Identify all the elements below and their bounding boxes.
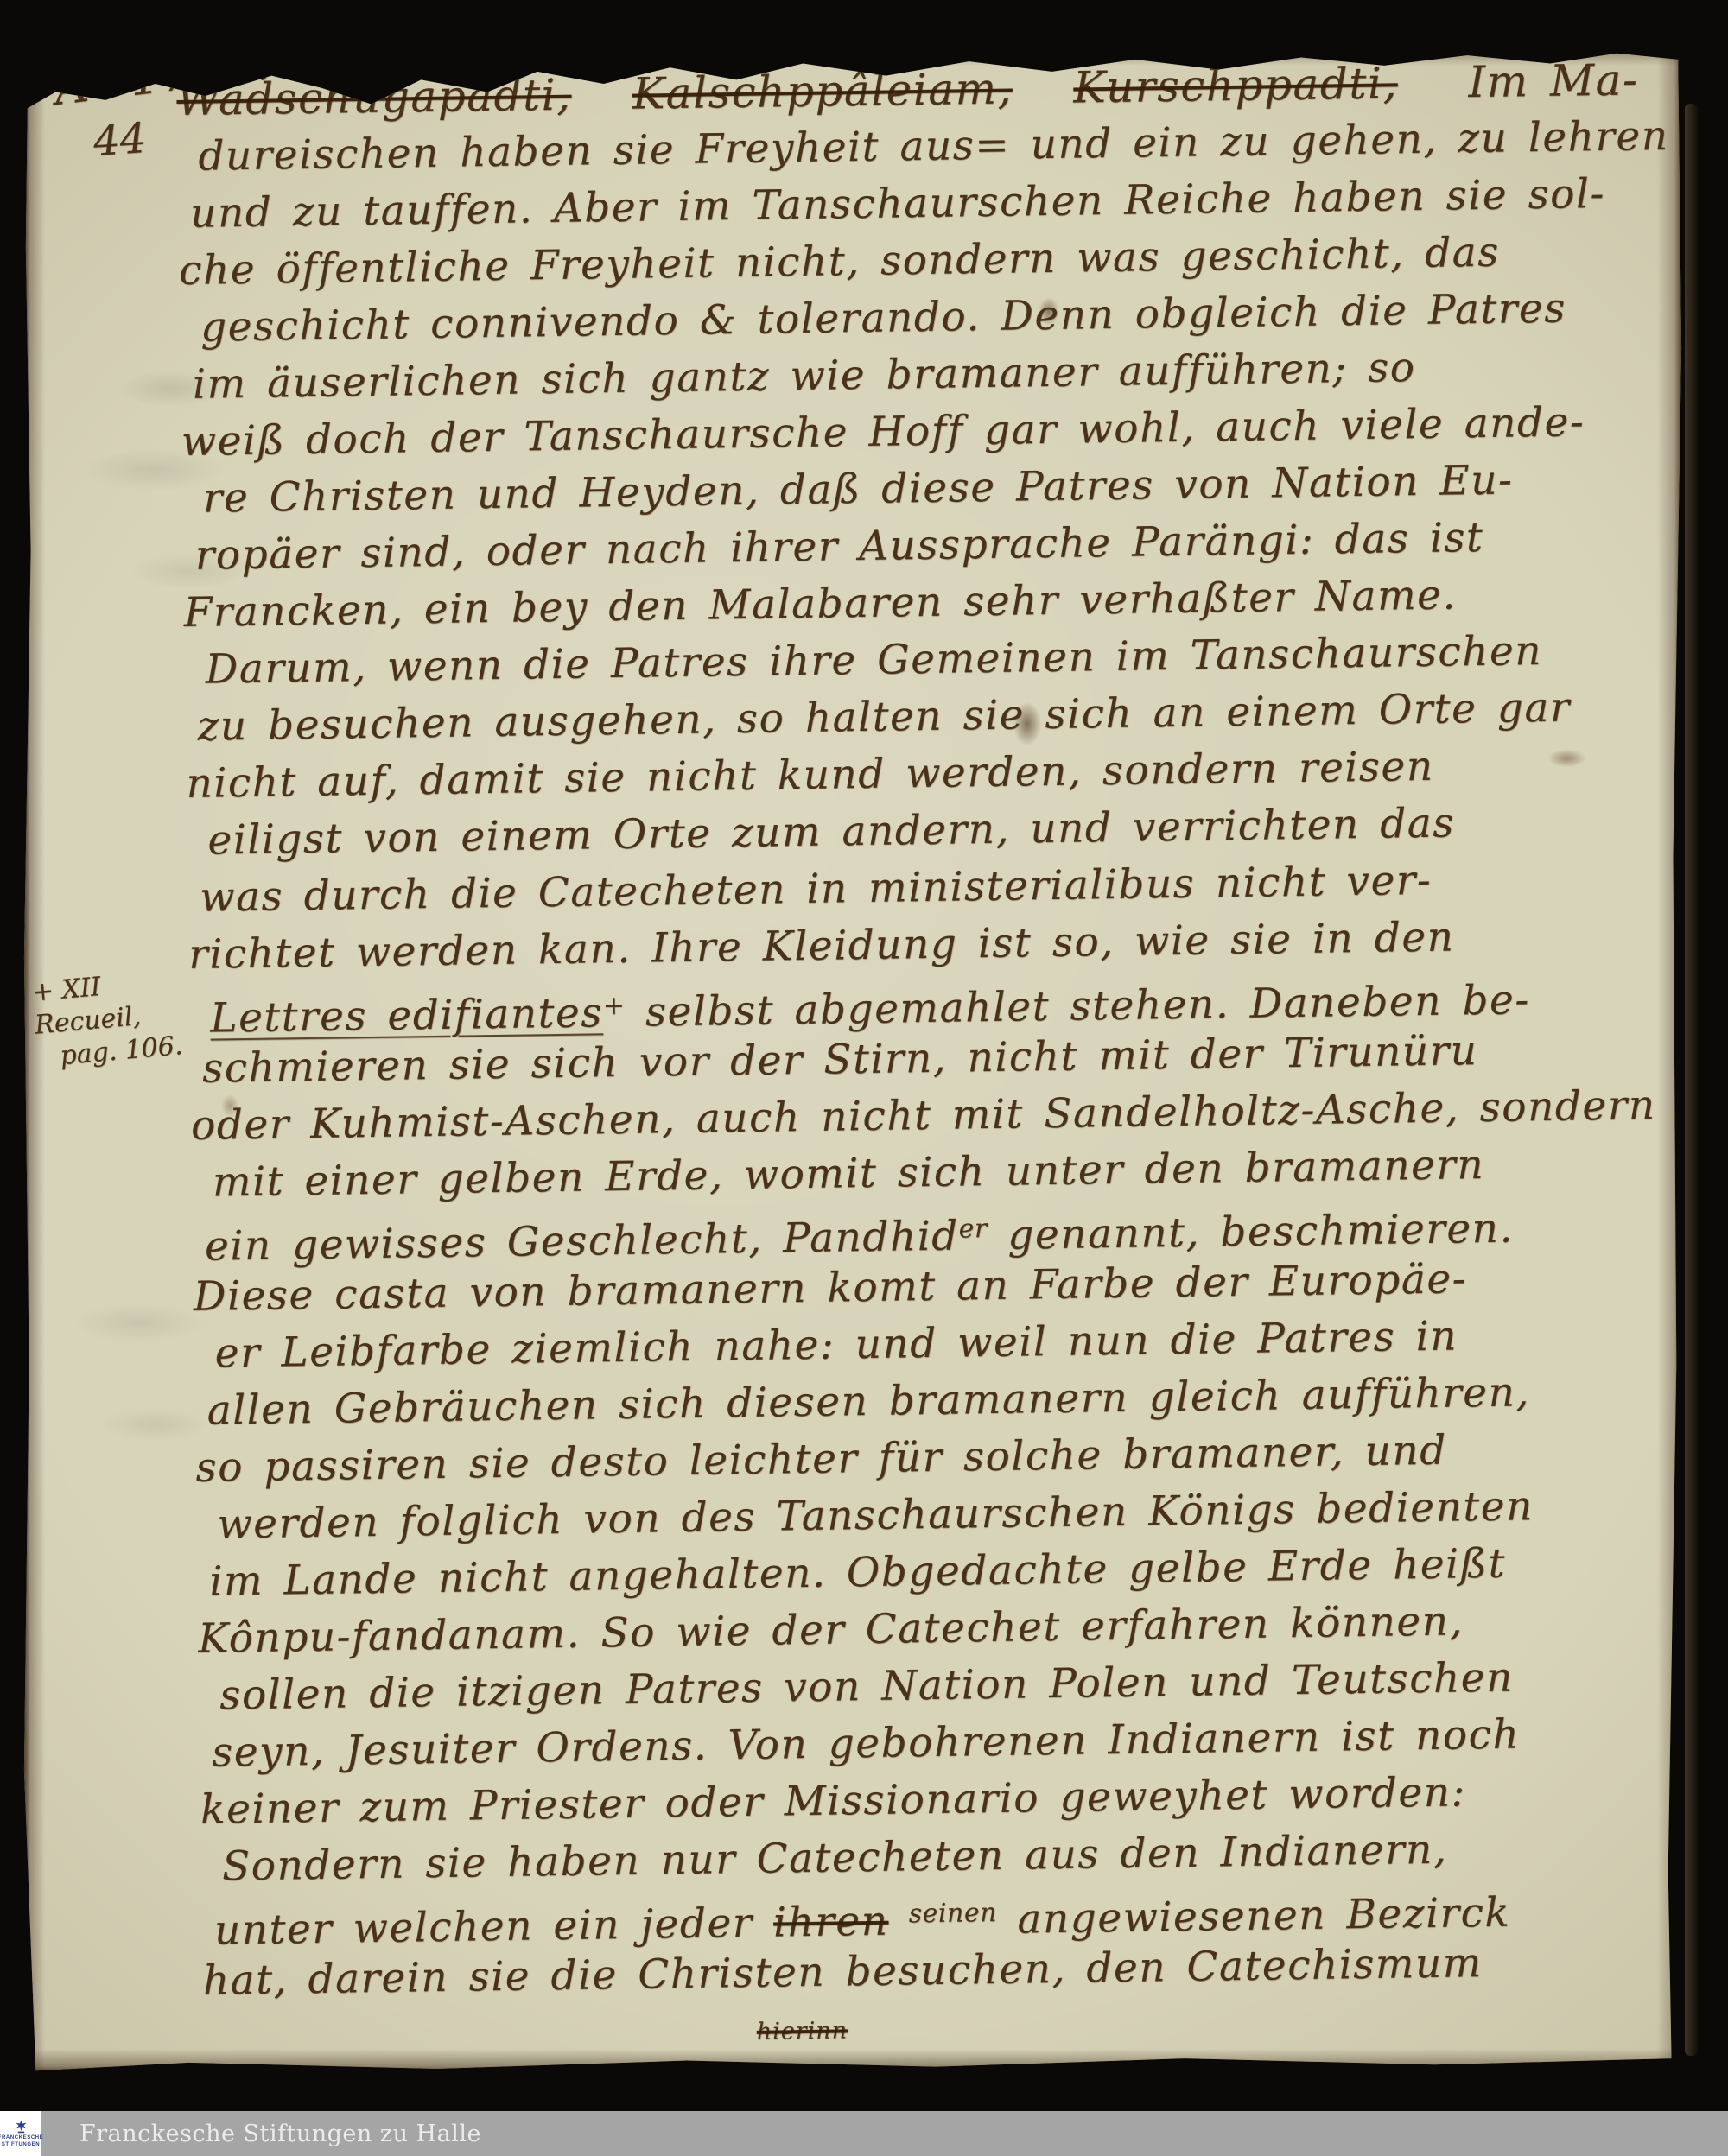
footnote-marker: + [603,991,626,1021]
struck-word: Kalschppâleiam, [632,63,1013,118]
adjacent-page-edge [1685,104,1698,2056]
eagle-emblem-icon [14,2120,29,2134]
struck-word: Wadschugapadti, [176,70,572,125]
logo-text-line2: STIFTUNGEN [2,2142,40,2148]
scan-viewer: { "viewer": { "background_color": "#0b09… [0,0,1728,2156]
struck-word: Kurschppadti, [1073,58,1398,112]
margin-note: + XII Recueil, pag. 106. [30,962,211,1075]
line-tail: angewiesenen Bezirck [997,1889,1511,1944]
footer-bar: FRANCKESCHE STIFTUNGEN Franckesche Stift… [0,2111,1728,2156]
underlined-title: Lettres edifiantes [210,989,603,1042]
superscript-insertion: seinen [909,1898,998,1929]
superscript-insertion: er [958,1214,988,1244]
logo-text-line1: FRANCKESCHE [0,2135,43,2141]
footer-label: Franckesche Stiftungen zu Halle [79,2121,481,2147]
franckesche-stiftungen-logo: FRANCKESCHE STIFTUNGEN [0,2111,41,2156]
line-tail: genannt, beschmieren. [988,1205,1515,1259]
manuscript-page: Aº 1727. 44 + XII Recueil, pag. 106. Wad… [22,43,1683,2075]
interline-correction: hierinn [757,2017,848,2045]
header-line-tail: Im Ma- [1468,52,1639,111]
manuscript-text: Wadschugapadti, Kalschppâleiam, Kurschpp… [176,52,1680,2011]
struck-word: ihren [773,1898,889,1947]
sheet-number-label: 44 [92,114,148,166]
